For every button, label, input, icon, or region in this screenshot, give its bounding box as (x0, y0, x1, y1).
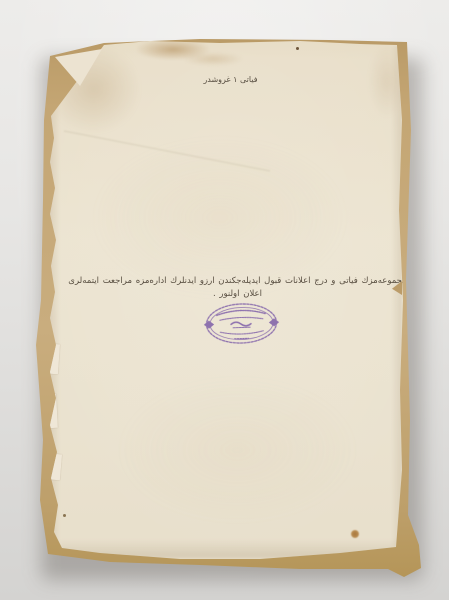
paper-stain (351, 530, 359, 538)
paper-stain (182, 52, 244, 66)
announcement-line: مجموعه‌مزك فیاتی و درج اعلانات قبول ایدی… (68, 275, 407, 301)
paper-speck (63, 514, 66, 517)
paper-mottling (115, 375, 360, 525)
photo-backdrop: فیاتی ١ غروشدر مجموعه‌مزك فیاتی و درج اع… (0, 0, 449, 600)
paper-speck (296, 47, 299, 50)
oval-ink-stamp (202, 299, 281, 349)
